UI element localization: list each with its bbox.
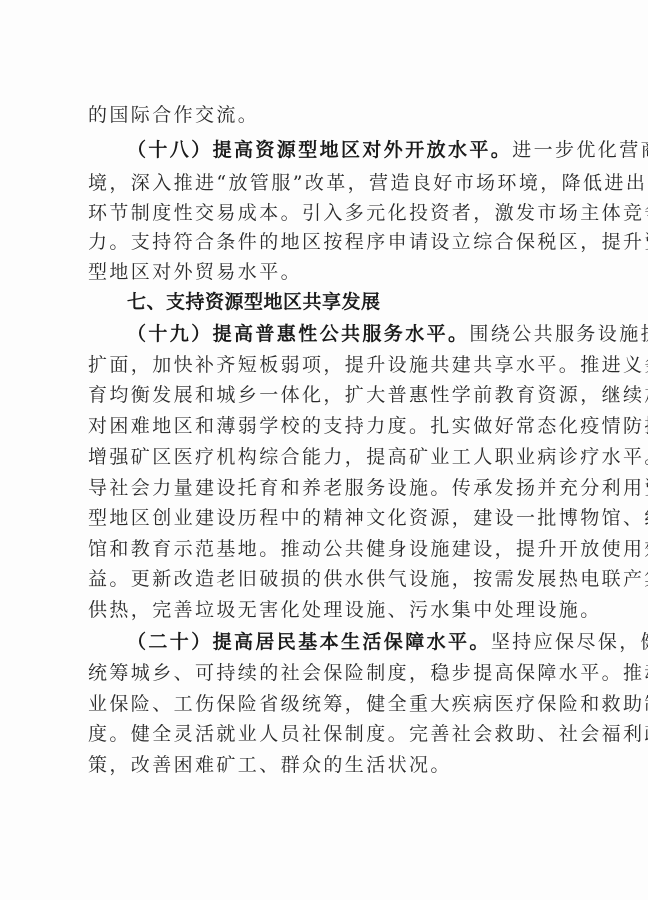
paragraph-19-line: 馆和教育示范基地。推动公共健身设施建设，提升开放使用效 — [88, 537, 568, 561]
paragraph-18-first-line: （十八）提高资源型地区对外开放水平。进一步优化营商环 — [127, 138, 607, 162]
paragraph-19-line: 导社会力量建设托育和养老服务设施。传承发扬并充分利用资源 — [88, 476, 568, 500]
paragraph-continuation: 的国际合作交流。 — [88, 103, 568, 127]
paragraph-20-title: （二十）提高居民基本生活保障水平。 — [127, 631, 491, 653]
paragraph-19-first-text: 围绕公共服务设施提标 — [469, 323, 648, 345]
paragraph-18-first-text: 进一步优化营商环 — [512, 139, 648, 161]
paragraph-18-line: 力。支持符合条件的地区按程序申请设立综合保税区，提升资源 — [88, 230, 568, 254]
paragraph-19-line: 对困难地区和薄弱学校的支持力度。扎实做好常态化疫情防控， — [88, 414, 568, 438]
paragraph-18-line: 型地区对外贸易水平。 — [88, 260, 568, 284]
paragraph-18-line: 环节制度性交易成本。引入多元化投资者，激发市场主体竞争活 — [88, 201, 568, 225]
section-heading: 七、支持资源型地区共享发展 — [127, 290, 381, 314]
paragraph-19-line: 型地区创业建设历程中的精神文化资源，建设一批博物馆、纪念 — [88, 506, 568, 530]
paragraph-19-line: 育均衡发展和城乡一体化，扩大普惠性学前教育资源，继续加大 — [88, 383, 568, 407]
paragraph-20-line: 统筹城乡、可持续的社会保险制度，稳步提高保障水平。推动失 — [88, 661, 568, 685]
paragraph-18-line: 境，深入推进“放管服”改革，营造良好市场环境，降低进出口 — [88, 171, 568, 195]
paragraph-19-title: （十九）提高普惠性公共服务水平。 — [127, 323, 469, 345]
paragraph-20-first-text: 坚持应保尽保，健全 — [491, 631, 648, 653]
paragraph-19-first-line: （十九）提高普惠性公共服务水平。围绕公共服务设施提标 — [127, 322, 607, 346]
document-page: 的国际合作交流。 （十八）提高资源型地区对外开放水平。进一步优化营商环 境，深入… — [0, 0, 648, 900]
paragraph-19-line: 益。更新改造老旧破损的供水供气设施，按需发展热电联产集中 — [88, 567, 568, 591]
paragraph-19-line: 扩面，加快补齐短板弱项，提升设施共建共享水平。推进义务教 — [88, 353, 568, 377]
paragraph-20-line: 业保险、工伤保险省级统筹，健全重大疾病医疗保险和救助制 — [88, 692, 568, 716]
paragraph-20-line: 策，改善困难矿工、群众的生活状况。 — [88, 753, 568, 777]
paragraph-19-line: 增强矿区医疗机构综合能力，提高矿业工人职业病诊疗水平。引 — [88, 445, 568, 469]
paragraph-20-first-line: （二十）提高居民基本生活保障水平。坚持应保尽保，健全 — [127, 630, 607, 654]
paragraph-19-line: 供热，完善垃圾无害化处理设施、污水集中处理设施。 — [88, 598, 568, 622]
paragraph-20-line: 度。健全灵活就业人员社保制度。完善社会救助、社会福利政 — [88, 722, 568, 746]
paragraph-18-title: （十八）提高资源型地区对外开放水平。 — [127, 139, 512, 161]
